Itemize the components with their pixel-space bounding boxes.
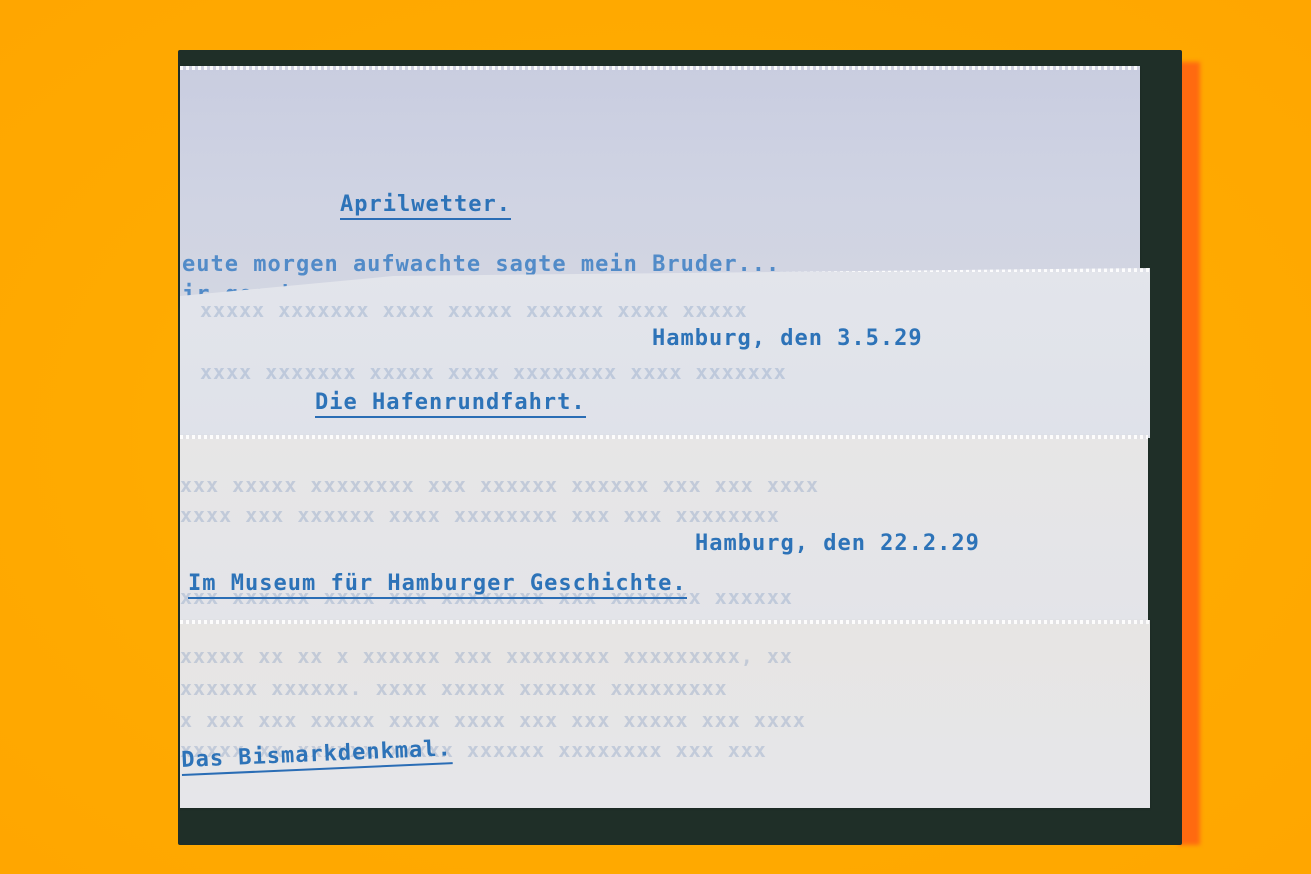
dateline-3-5-29: Hamburg, den 3.5.29 bbox=[652, 326, 923, 351]
bleed-through-text: xxxx xxx xxxxxx xxxx xxxxxxxx xxx xxx xx… bbox=[180, 503, 780, 527]
dateline-22-2-29: Hamburg, den 22.2.29 bbox=[695, 531, 980, 556]
bleed-through-text: xxxxx xx xx x xxxxxx xxx xxxxxxxx xxxxxx… bbox=[180, 644, 793, 668]
bleed-through-text: xxxxx xxxxxxx xxxx xxxxx xxxxxx xxxx xxx… bbox=[200, 298, 748, 322]
bleed-through-text: x xxx xxx xxxxx xxxx xxxx xxx xxx xxxxx … bbox=[180, 708, 806, 732]
paper-strip-hafenrundfahrt: xxxxx xxxxxxx xxxx xxxxx xxxxxx xxxx xxx… bbox=[180, 268, 1150, 438]
title-museum-hamburger-geschichte: Im Museum für Hamburger Geschichte. bbox=[188, 571, 687, 599]
paper-strip-museum: xxx xxxxx xxxxxxxx xxx xxxxxx xxxxxx xxx… bbox=[180, 435, 1148, 627]
bleed-through-text: xxxx xxxxxxx xxxxx xxxx xxxxxxxx xxxx xx… bbox=[200, 360, 787, 384]
bleed-through-text: xxx xxxxx xxxxxxxx xxx xxxxxx xxxxxx xxx… bbox=[180, 473, 819, 497]
title-hafenrundfahrt: Die Hafenrundfahrt. bbox=[315, 390, 586, 418]
bleed-through-text: xxxxxx xxxxxx. xxxx xxxxx xxxxxx xxxxxxx… bbox=[180, 676, 728, 700]
paper-strip-bismarkdenkmal: xxxxx xx xx x xxxxxx xxx xxxxxxxx xxxxxx… bbox=[180, 620, 1150, 808]
title-aprilwetter: Aprilwetter. bbox=[340, 192, 511, 220]
